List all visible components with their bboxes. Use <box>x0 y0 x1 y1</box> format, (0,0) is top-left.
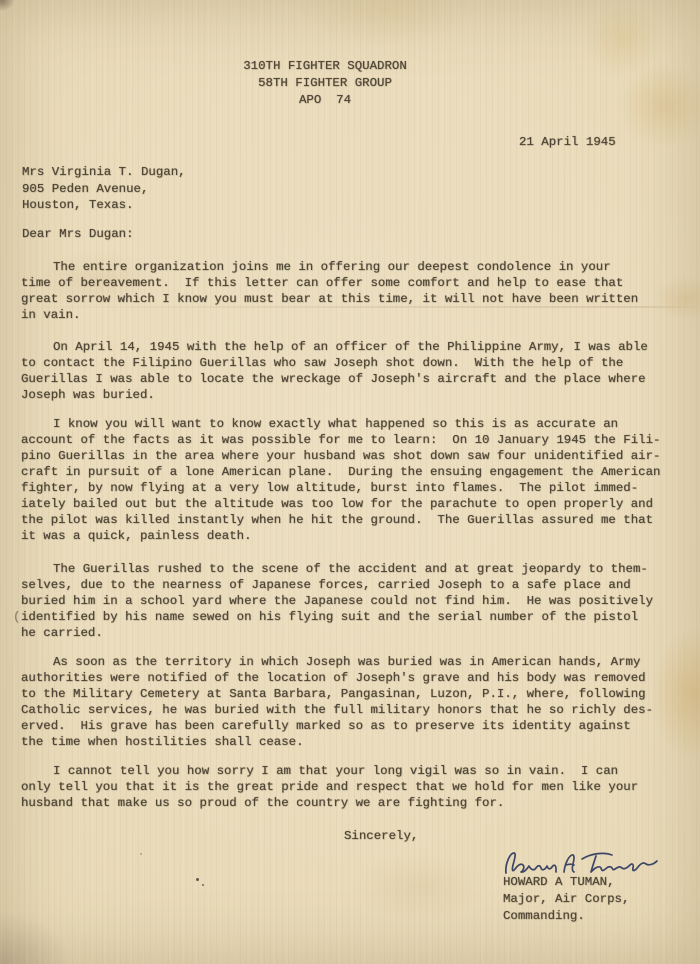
text-line: craft in pursuit of a lone American plan… <box>21 464 686 480</box>
text-line: 905 Peden Avenue, <box>22 181 186 198</box>
text-line: I cannot tell you how sorry I am that yo… <box>21 763 686 779</box>
text-line: pino Guerillas in the area where your hu… <box>21 448 686 464</box>
text-line: only tell you that it is the great pride… <box>21 779 686 795</box>
text-line: the pilot was killed instantly when he h… <box>21 512 686 528</box>
text-line: 58TH FIGHTER GROUP <box>0 75 650 92</box>
text-line: buried him in a school yard where the Ja… <box>21 593 686 609</box>
letter-page: 310TH FIGHTER SQUADRON58TH FIGHTER GROUP… <box>0 0 700 964</box>
recipient-address: Mrs Virginia T. Dugan,905 Peden Avenue,H… <box>22 164 186 214</box>
ink-speck <box>140 853 142 855</box>
text-line: he carried. <box>21 625 686 641</box>
text-line: I know you will want to know exactly wha… <box>21 416 686 432</box>
text-line: As soon as the territory in which Joseph… <box>21 654 686 670</box>
text-line: The entire organization joins me in offe… <box>21 259 686 275</box>
ink-speck <box>196 878 199 881</box>
body-paragraph-4: The Guerillas rushed to the scene of the… <box>21 561 686 641</box>
text-line: husband that make us so proud of the cou… <box>21 795 686 811</box>
text-line: iately bailed out but the altitude was t… <box>21 496 686 512</box>
signature-block: HOWARD A TUMAN,Major, Air Corps,Commandi… <box>503 874 629 925</box>
text-line: to the Military Cemetery at Santa Barbar… <box>21 686 686 702</box>
body-paragraph-6: I cannot tell you how sorry I am that yo… <box>21 763 686 811</box>
text-line: Catholic services, he was buried with th… <box>21 702 686 718</box>
text-line: it was a quick, painless death. <box>21 528 686 544</box>
text-line: Commanding. <box>503 908 629 925</box>
ink-speck <box>202 884 204 886</box>
text-line: 310TH FIGHTER SQUADRON <box>0 58 650 75</box>
text-line: Mrs Virginia T. Dugan, <box>22 164 186 181</box>
text-line: Houston, Texas. <box>22 197 186 214</box>
text-line: time of bereavement. If this letter can … <box>21 275 686 291</box>
body-paragraph-2: On April 14, 1945 with the help of an of… <box>21 339 686 403</box>
text-line: authorities were notified of the locatio… <box>21 670 686 686</box>
text-line: Joseph was buried. <box>21 387 686 403</box>
closing: Sincerely, <box>344 828 418 844</box>
text-line: in vain. <box>21 307 686 323</box>
date-line: 21 April 1945 <box>519 134 616 150</box>
text-line: identified by his name sewed on his flyi… <box>21 609 686 625</box>
text-line: The Guerillas rushed to the scene of the… <box>21 561 686 577</box>
text-line: APO 74 <box>0 92 650 109</box>
salutation: Dear Mrs Dugan: <box>22 226 134 242</box>
body-paragraph-1: The entire organization joins me in offe… <box>21 259 686 323</box>
body-paragraph-3: I know you will want to know exactly wha… <box>21 416 686 544</box>
text-line: to contact the Filipino Guerillas who sa… <box>21 355 686 371</box>
text-line: On April 14, 1945 with the help of an of… <box>21 339 686 355</box>
letterhead: 310TH FIGHTER SQUADRON58TH FIGHTER GROUP… <box>0 58 650 109</box>
text-line: account of the facts as it was possible … <box>21 432 686 448</box>
text-line: Major, Air Corps, <box>503 891 629 908</box>
text-line: erved. His grave has been carefully mark… <box>21 718 686 734</box>
text-line: great sorrow which I know you must bear … <box>21 291 686 307</box>
stray-typewriter-mark: ( <box>13 609 20 625</box>
text-line: Guerillas I was able to locate the wreck… <box>21 371 686 387</box>
text-line: selves, due to the nearness of Japanese … <box>21 577 686 593</box>
text-line: fighter, by now flying at a very low alt… <box>21 480 686 496</box>
text-line: the time when hostilities shall cease. <box>21 734 686 750</box>
text-line: HOWARD A TUMAN, <box>503 874 629 891</box>
body-paragraph-5: As soon as the territory in which Joseph… <box>21 654 686 750</box>
